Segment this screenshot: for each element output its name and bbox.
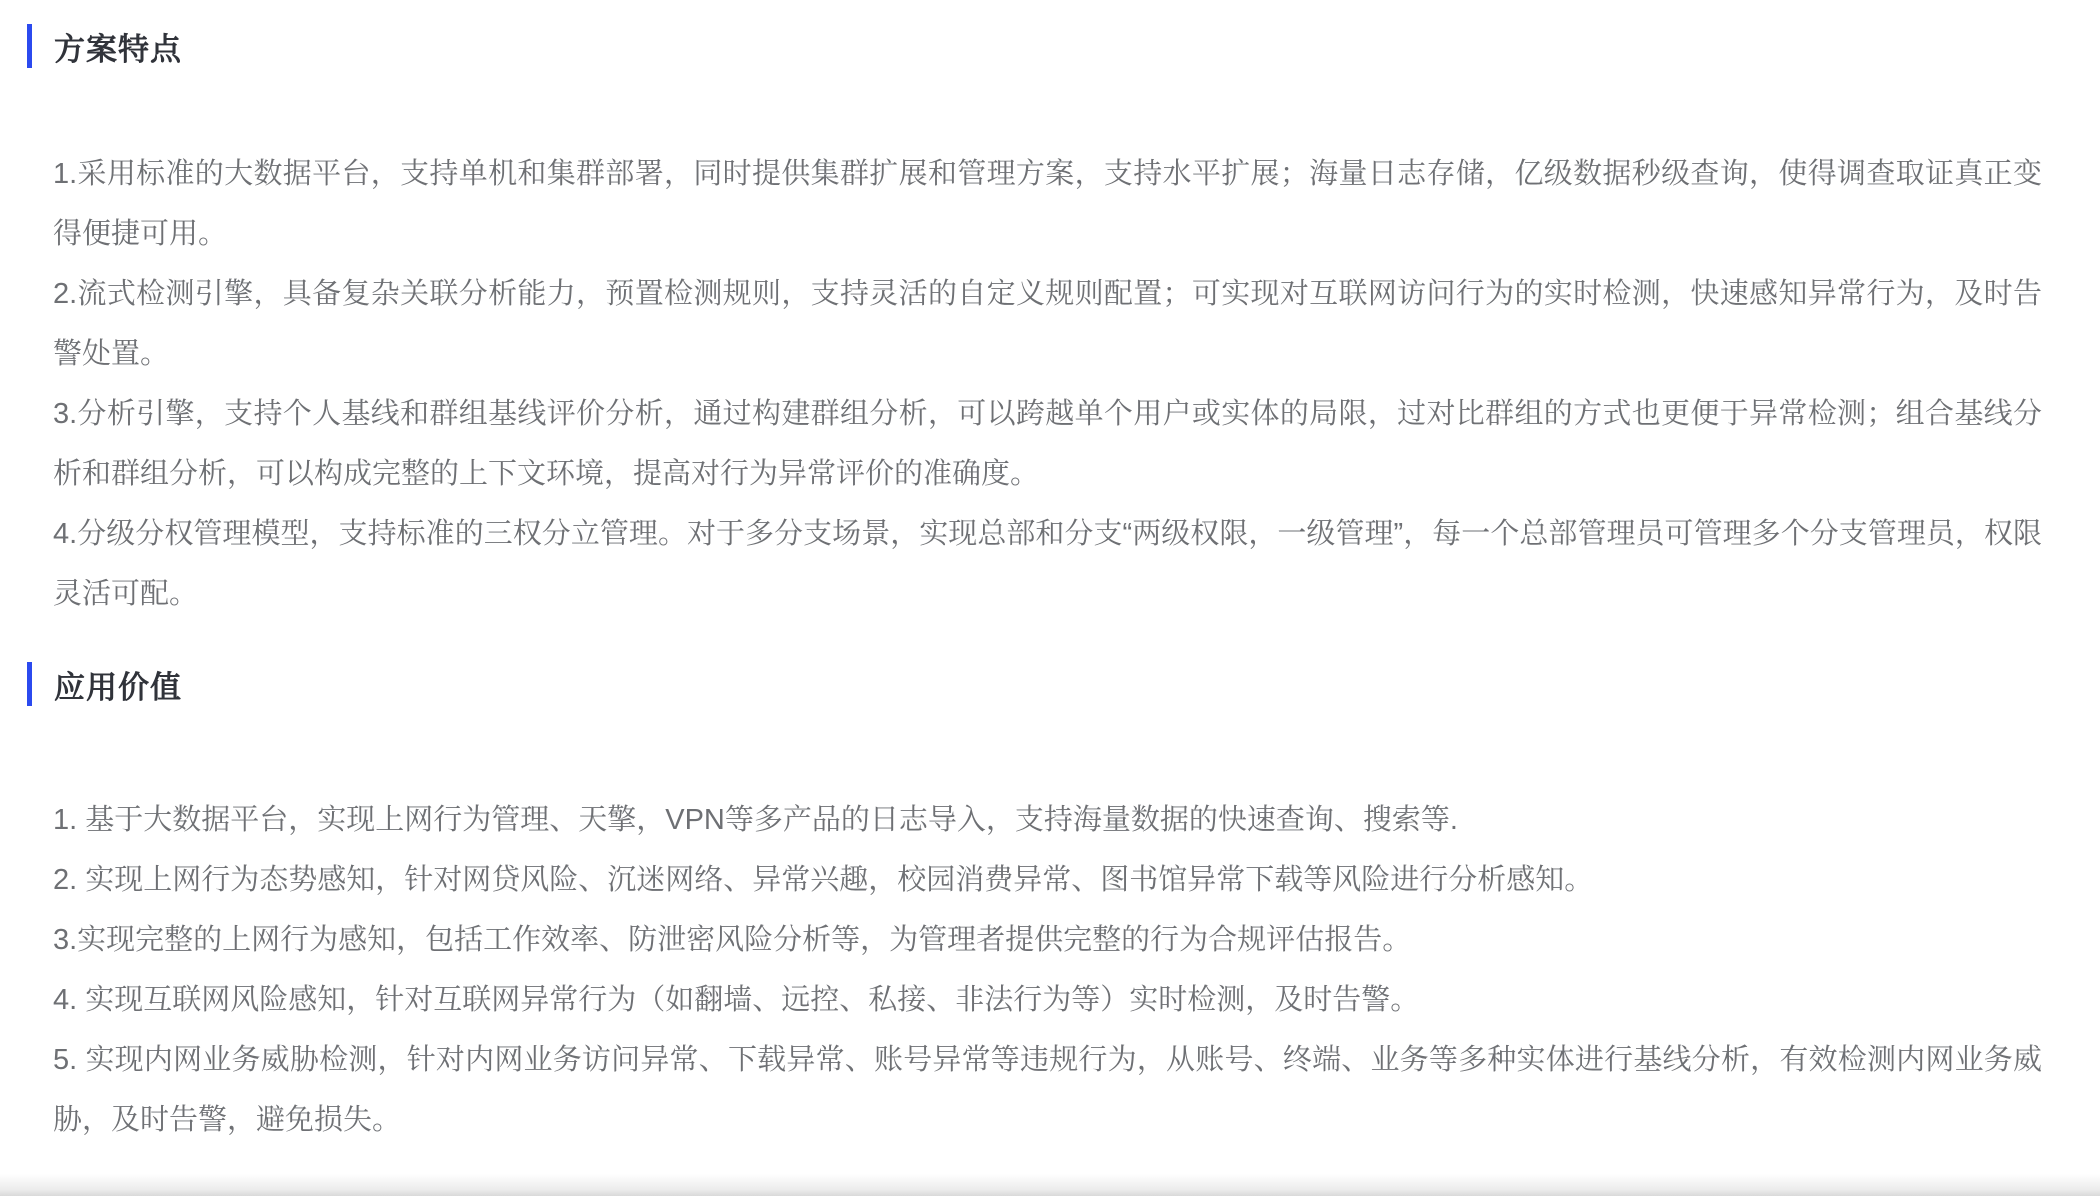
section-features: 方案特点 1.采用标准的大数据平台，支持单机和集群部署，同时提供集群扩展和管理方… — [0, 22, 2100, 624]
value-paragraph-5: 5. 实现内网业务威胁检测，针对内网业务访问异常、下载异常、账号异常等违规行为，… — [53, 1030, 2042, 1150]
document-page: 方案特点 1.采用标准的大数据平台，支持单机和集群部署，同时提供集群扩展和管理方… — [0, 0, 2100, 1196]
feature-paragraph-1: 1.采用标准的大数据平台，支持单机和集群部署，同时提供集群扩展和管理方案，支持水… — [53, 144, 2042, 264]
section-value-header: 应用价值 — [0, 660, 2100, 708]
section-value: 应用价值 1. 基于大数据平台，实现上网行为管理、天擎，VPN等多产品的日志导入… — [0, 660, 2100, 1150]
feature-paragraph-2: 2.流式检测引擎，具备复杂关联分析能力，预置检测规则，支持灵活的自定义规则配置；… — [53, 264, 2042, 384]
section-features-body: 1.采用标准的大数据平台，支持单机和集群部署，同时提供集群扩展和管理方案，支持水… — [53, 144, 2042, 624]
section-features-header: 方案特点 — [0, 22, 2100, 70]
value-paragraph-4: 4. 实现互联网风险感知，针对互联网异常行为（如翻墙、远控、私接、非法行为等）实… — [53, 970, 2042, 1030]
value-paragraph-2: 2. 实现上网行为态势感知，针对网贷风险、沉迷网络、异常兴趣，校园消费异常、图书… — [53, 850, 2042, 910]
value-paragraph-3: 3.实现完整的上网行为感知，包括工作效率、防泄密风险分析等，为管理者提供完整的行… — [53, 910, 2042, 970]
section-value-title: 应用价值 — [54, 662, 182, 707]
feature-paragraph-4: 4.分级分权管理模型，支持标准的三权分立管理。对于多分支场景，实现总部和分支“两… — [53, 504, 2042, 624]
section-accent-bar — [27, 24, 32, 68]
section-accent-bar — [27, 662, 32, 706]
value-paragraph-1: 1. 基于大数据平台，实现上网行为管理、天擎，VPN等多产品的日志导入，支持海量… — [53, 790, 2042, 850]
bottom-divider — [0, 1174, 2100, 1196]
section-value-body: 1. 基于大数据平台，实现上网行为管理、天擎，VPN等多产品的日志导入，支持海量… — [53, 790, 2042, 1150]
section-features-title: 方案特点 — [54, 24, 182, 69]
feature-paragraph-3: 3.分析引擎，支持个人基线和群组基线评价分析，通过构建群组分析，可以跨越单个用户… — [53, 384, 2042, 504]
